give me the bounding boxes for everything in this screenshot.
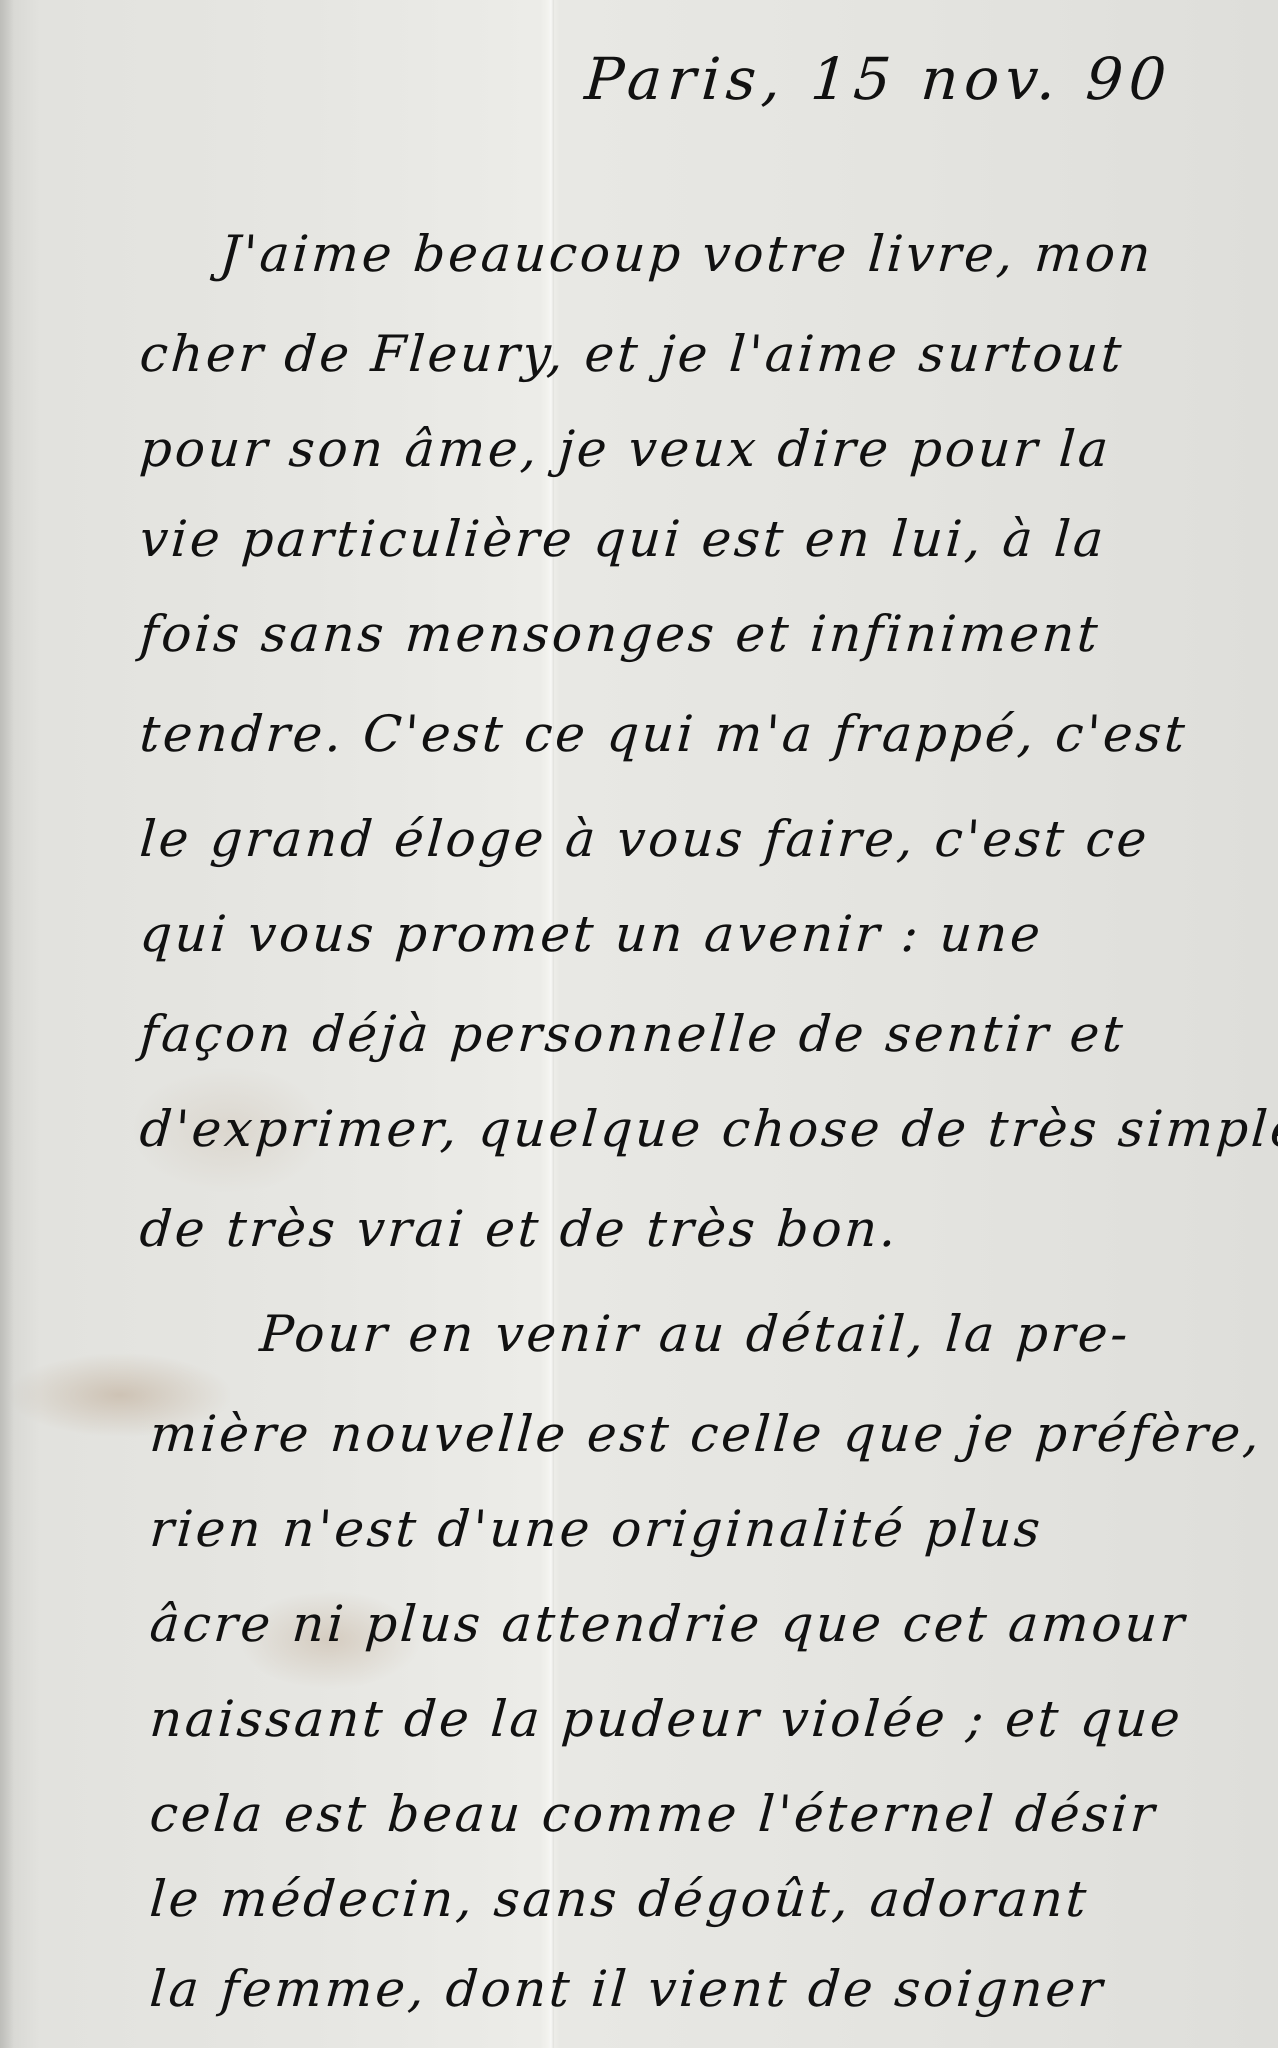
letter-line: rien n'est d'une originalité plus [148, 1500, 1045, 1558]
letter-line: âcre ni plus attendrie que cet amour [148, 1595, 1189, 1653]
letter-line: le grand éloge à vous faire, c'est ce [138, 810, 1151, 868]
letter-line: Pour en venir au détail, la pre- [258, 1305, 1133, 1363]
letter-line: tendre. C'est ce qui m'a frappé, c'est [138, 705, 1190, 763]
letter-line: façon déjà personnelle de sentir et [138, 1005, 1128, 1063]
letter-line: mière nouvelle est celle que je préfère, [148, 1405, 1264, 1463]
paper-edge [0, 0, 14, 2048]
dateline: Paris, 15 nov. 90 [583, 45, 1175, 113]
letter-line: de très vrai et de très bon. [138, 1200, 901, 1258]
letter-line: cher de Fleury, et je l'aime surtout [138, 325, 1126, 383]
letter-line: cela est beau comme l'éternel désir [148, 1785, 1159, 1843]
letter-line: fois sans mensonges et infiniment [138, 605, 1103, 663]
letter-page: Paris, 15 nov. 90 J'aime beaucoup votre … [0, 0, 1278, 2048]
letter-line: qui vous promet un avenir : une [138, 905, 1045, 963]
letter-line: la femme, dont il vient de soigner [148, 1960, 1107, 2018]
letter-line: naissant de la pudeur violée ; et que [148, 1690, 1185, 1748]
letter-line: pour son âme, je veux dire pour la [138, 420, 1113, 478]
letter-line: J'aime beaucoup votre livre, mon [218, 225, 1155, 283]
letter-line: le médecin, sans dégoût, adorant [148, 1870, 1091, 1928]
letter-line-with-correction: d'exprimer, quelque chose de très simple… [138, 1100, 1278, 1158]
letter-line: vie particulière qui est en lui, à la [138, 510, 1108, 568]
